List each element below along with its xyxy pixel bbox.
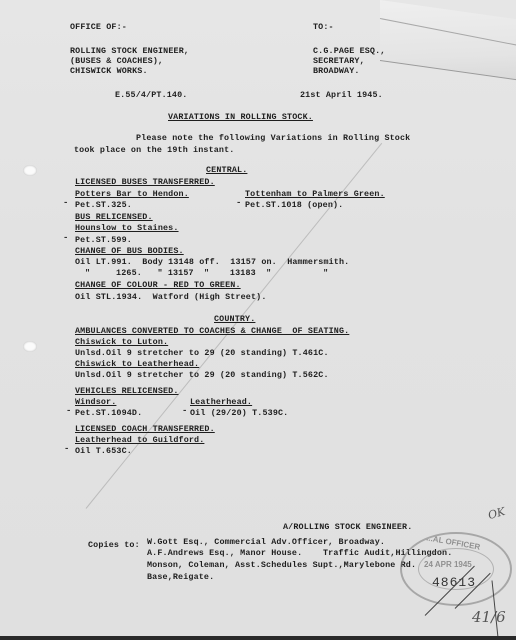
tick-mark: - xyxy=(236,198,241,208)
stamp-date: 24 APR 1945 xyxy=(424,560,472,569)
route-hounslow: Hounslow to Staines. xyxy=(75,223,179,233)
handwritten-reference: 41/6 xyxy=(472,608,506,626)
tick-mark: - xyxy=(63,198,68,208)
tick-mark: - xyxy=(182,406,187,416)
punch-hole-bottom xyxy=(23,341,37,352)
vehicles-relicensed-heading: VEHICLES RELICENSED. xyxy=(75,386,179,396)
intro-line-2: took place on the 19th instant. xyxy=(74,145,234,155)
vehicle-st1094d: Pet.ST.1094D. xyxy=(75,408,142,418)
bus-relicensed-heading: BUS RELICENSED. xyxy=(75,212,153,222)
bodies-line-1: Oil LT.991. Body 13148 off. 13157 on. Ha… xyxy=(75,257,349,267)
to-line-3: BROADWAY. xyxy=(313,66,360,76)
route-chiswick-luton: Chiswick to Luton. xyxy=(75,337,168,347)
to-label: TO:- xyxy=(313,22,334,32)
country-heading: COUNTRY. xyxy=(214,314,255,324)
handwritten-ok: OK xyxy=(487,505,507,522)
ambulance-detail-2: Unlsd.Oil 9 stretcher to 29 (20 standing… xyxy=(75,370,329,380)
copies-line-3: Monson, Coleman, Asst.Schedules Supt.,Ma… xyxy=(147,560,416,570)
ambulance-detail-1: Unlsd.Oil 9 stretcher to 29 (20 standing… xyxy=(75,348,329,358)
intro-line-1: Please note the following Variations in … xyxy=(136,133,410,143)
vehicle-st599: Pet.ST.599. xyxy=(75,235,132,245)
tick-mark: - xyxy=(63,233,68,243)
vehicle-t653c: Oil T.653C. xyxy=(75,446,132,456)
bodies-line-2: " 1265. " 13157 " 13183 " " xyxy=(85,268,328,278)
change-colour-heading: CHANGE OF COLOUR - RED TO GREEN. xyxy=(75,280,241,290)
change-bodies-heading: CHANGE OF BUS BODIES. xyxy=(75,246,184,256)
letter-date: 21st April 1945. xyxy=(300,90,383,100)
colour-line: Oil STL.1934. Watford (High Street). xyxy=(75,292,267,302)
vehicle-t539c: Oil (29/20) T.539C. xyxy=(190,408,288,418)
route-chiswick-leatherhead: Chiswick to Leatherhead. xyxy=(75,359,199,369)
route-potters-bar: Potters Bar to Hendon. xyxy=(75,189,189,199)
to-line-1: C.G.PAGE ESQ., xyxy=(313,46,385,56)
copies-line-4: Base,Reigate. xyxy=(147,572,214,582)
copies-label: Copies to: xyxy=(88,540,140,550)
from-line-2: (BUSES & COACHES), xyxy=(70,56,163,66)
scanner-edge xyxy=(0,636,516,640)
coach-transferred-heading: LICENSED COACH TRANSFERRED. xyxy=(75,424,215,434)
document-title: VARIATIONS IN ROLLING STOCK. xyxy=(168,112,313,122)
punch-hole-top xyxy=(23,165,37,176)
place-leatherhead: Leatherhead. xyxy=(190,397,252,407)
route-leatherhead-guildford: Leatherhead to Guildford. xyxy=(75,435,204,445)
tick-mark: - xyxy=(66,406,71,416)
signature-line: A/ROLLING STOCK ENGINEER. xyxy=(283,522,412,532)
route-tottenham: Tottenham to Palmers Green. xyxy=(245,189,385,199)
vehicle-st1018: Pet.ST.1018 (open). xyxy=(245,200,343,210)
from-line-1: ROLLING STOCK ENGINEER, xyxy=(70,46,189,56)
copies-line-1: W.Gott Esq., Commercial Adv.Officer, Bro… xyxy=(147,537,385,547)
from-label: OFFICE OF:- xyxy=(70,22,127,32)
place-windsor: Windsor. xyxy=(75,397,116,407)
vehicle-st325: Pet.ST.325. xyxy=(75,200,132,210)
from-line-3: CHISWICK WORKS. xyxy=(70,66,148,76)
licensed-buses-transferred-heading: LICENSED BUSES TRANSFERRED. xyxy=(75,177,215,187)
ambulances-heading: AMBULANCES CONVERTED TO COACHES & CHANGE… xyxy=(75,326,349,336)
central-heading: CENTRAL. xyxy=(206,165,247,175)
letter-page: OFFICE OF:- ROLLING STOCK ENGINEER, (BUS… xyxy=(0,0,516,636)
to-line-2: SECRETARY, xyxy=(313,56,365,66)
reference-number: E.55/4/PT.140. xyxy=(115,90,187,100)
tick-mark: - xyxy=(64,444,69,454)
